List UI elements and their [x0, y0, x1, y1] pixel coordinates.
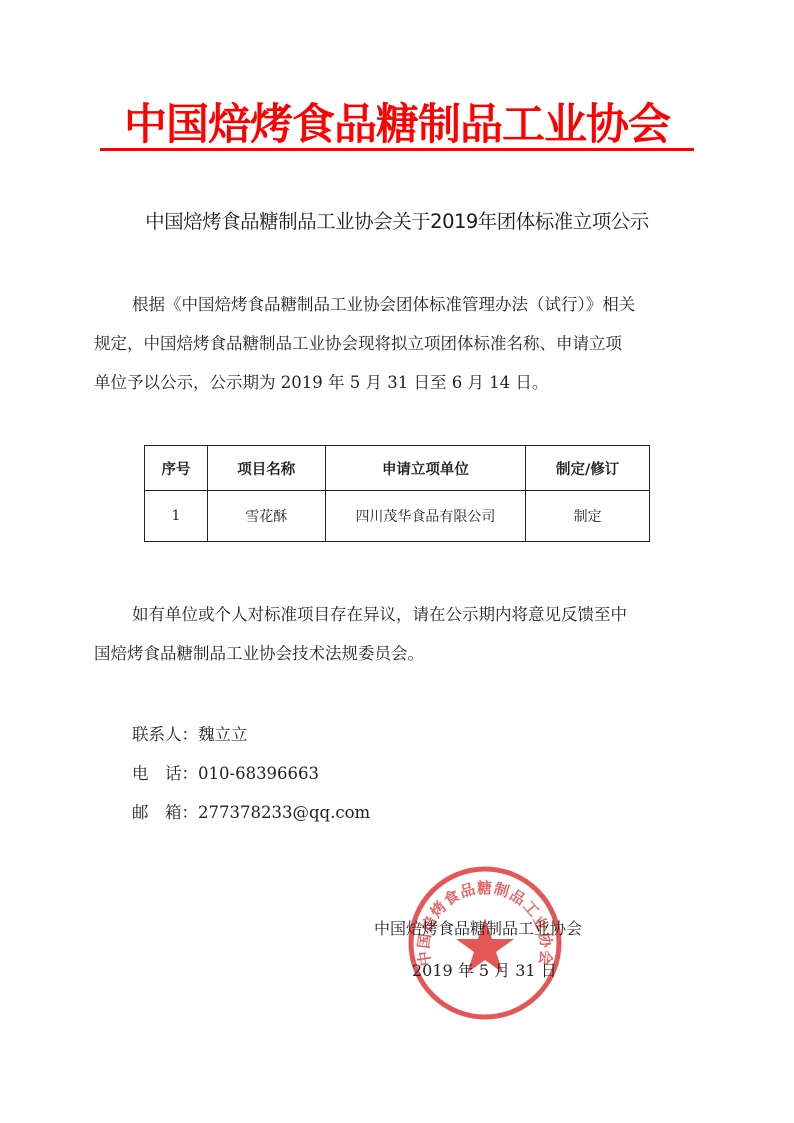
- notice-title: 中国焙烤食品糖制品工业协会关于2019年团体标准立项公示: [0, 206, 794, 234]
- paragraph-line: 根据《中国焙烤食品糖制品工业协会团体标准管理办法（试行）》相关: [94, 285, 698, 324]
- header-index: 序号: [145, 446, 208, 491]
- contact-email-value[interactable]: 277378233@qq.com: [198, 803, 370, 822]
- header-type: 制定/修订: [526, 446, 650, 491]
- table-header-row: 序号 项目名称 申请立项单位 制定/修订: [145, 446, 650, 491]
- signature-org: 中国焙烤食品糖制品工业协会: [374, 916, 624, 939]
- official-seal-icon: 中国焙烤食品糖制品工业协会: [406, 864, 564, 1022]
- cell-type: 制定: [526, 491, 650, 542]
- contact-phone-label: 电 话：: [132, 754, 198, 793]
- paragraph-line: 规定，中国焙烤食品糖制品工业协会现将拟立项团体标准名称、申请立项: [94, 324, 698, 363]
- table-row: 1 雪花酥 四川茂华食品有限公司 制定: [145, 491, 650, 542]
- paragraph-objection: 如有单位或个人对标准项目存在异议，请在公示期内将意见反馈至中 国焙烤食品糖制品工…: [94, 595, 698, 673]
- contact-phone: 电 话：010-68396663: [132, 754, 370, 793]
- contact-person: 联系人：魏立立: [132, 715, 370, 754]
- cell-applicant: 四川茂华食品有限公司: [325, 491, 526, 542]
- paragraph-intro: 根据《中国焙烤食品糖制品工业协会团体标准管理办法（试行）》相关 规定，中国焙烤食…: [94, 285, 698, 402]
- contact-block: 联系人：魏立立 电 话：010-68396663 邮 箱：277378233@q…: [132, 715, 370, 832]
- letterhead-rule: [100, 148, 694, 151]
- contact-person-label: 联系人：: [132, 715, 198, 754]
- contact-email-label: 邮 箱：: [132, 793, 198, 832]
- contact-email: 邮 箱：277378233@qq.com: [132, 793, 370, 832]
- header-project-name: 项目名称: [207, 446, 325, 491]
- signature-date: 2019 年 5 月 31 日: [412, 958, 557, 981]
- signature-block: 中国焙烤食品糖制品工业协会 2019 年 5 月 31 日: [374, 916, 624, 939]
- project-table: 序号 项目名称 申请立项单位 制定/修订 1 雪花酥 四川茂华食品有限公司 制定: [144, 445, 650, 542]
- contact-person-value: 魏立立: [198, 725, 248, 744]
- contact-phone-value[interactable]: 010-68396663: [198, 764, 319, 783]
- cell-index: 1: [145, 491, 208, 542]
- paragraph-line: 如有单位或个人对标准项目存在异议，请在公示期内将意见反馈至中: [94, 595, 698, 634]
- cell-project-name: 雪花酥: [207, 491, 325, 542]
- letterhead-title: 中国焙烤食品糖制品工业协会: [102, 100, 692, 154]
- paragraph-line: 国焙烤食品糖制品工业协会技术法规委员会。: [94, 634, 698, 673]
- paragraph-line: 单位予以公示，公示期为 2019 年 5 月 31 日至 6 月 14 日。: [94, 363, 698, 402]
- header-applicant: 申请立项单位: [325, 446, 526, 491]
